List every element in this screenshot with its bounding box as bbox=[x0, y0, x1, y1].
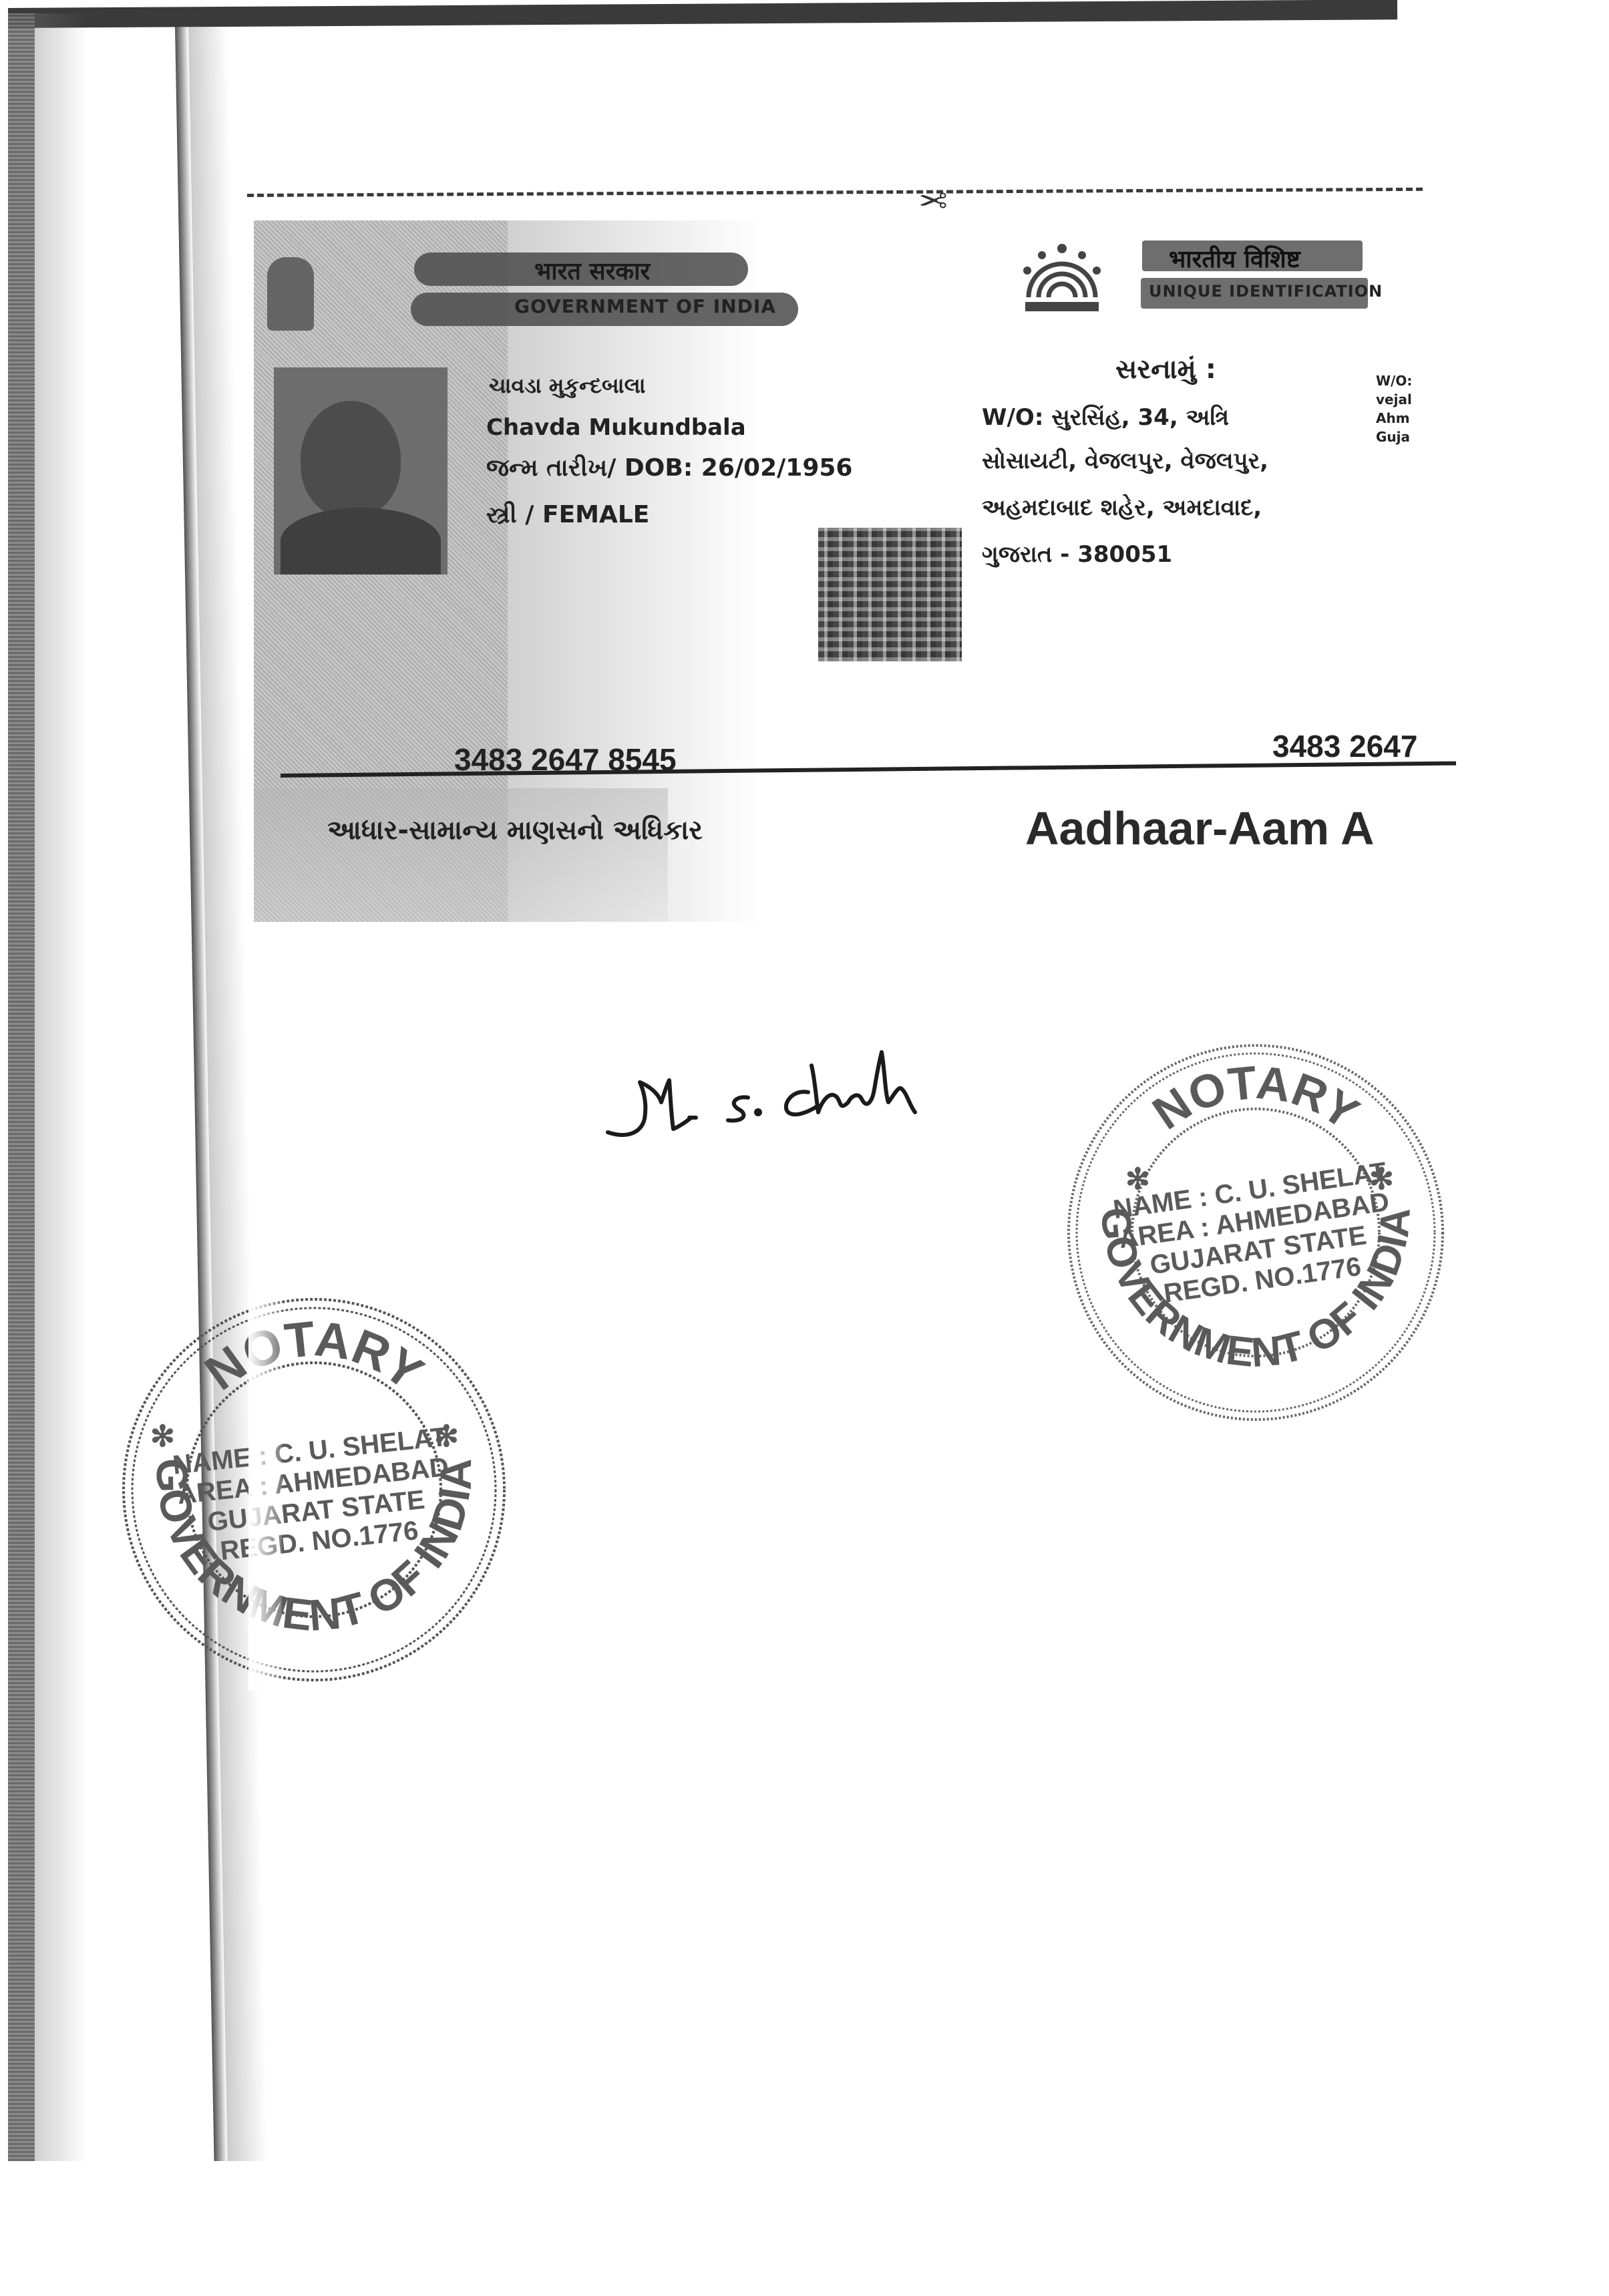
aadhaar-logo-icon bbox=[1015, 240, 1109, 314]
notary-seal-icon: NOTARY GOVERNMENT OF INDIA ✻ ✻ NAME : C.… bbox=[1062, 1039, 1449, 1426]
svg-text:✻: ✻ bbox=[150, 1420, 175, 1453]
address-english-line-1: W/O: bbox=[1376, 373, 1412, 389]
holder-dob: જન્મ તારીખ/ DOB: 26/02/1956 bbox=[486, 454, 852, 482]
tagline-gujarati: આધાર-સામાન્ય માણસનો અધિકાર bbox=[327, 815, 703, 846]
holder-gender: સ્ત્રી / FEMALE bbox=[486, 501, 649, 529]
address-line-2: સોસાયટી, વેજલપુર, વેજલપુર, bbox=[982, 448, 1268, 474]
svg-text:NOTARY: NOTARY bbox=[1143, 1056, 1368, 1140]
address-english-line-2: vejal bbox=[1376, 391, 1412, 407]
qr-code-icon bbox=[818, 528, 962, 661]
photo-head-shape bbox=[301, 401, 401, 518]
notary-seal-icon: NOTARY GOVERNMENT OF INDIA ✻ ✻ NAME : C.… bbox=[117, 1293, 511, 1687]
national-emblem-icon bbox=[267, 257, 314, 331]
scan-left-edge bbox=[8, 13, 35, 2161]
notary-stamp-left: NOTARY GOVERNMENT OF INDIA ✻ ✻ NAME : C.… bbox=[117, 1293, 511, 1687]
fold-gap-over-stamp bbox=[248, 1289, 282, 1690]
scissors-icon: ✂ bbox=[918, 179, 948, 219]
tagline-english: Aadhaar-Aam A bbox=[1025, 802, 1375, 855]
address-english-line-4: Guja bbox=[1376, 429, 1410, 445]
address-line-4: ગુજરાત - 380051 bbox=[982, 541, 1172, 568]
svg-text:NOTARY: NOTARY bbox=[195, 1311, 433, 1401]
cut-here-line bbox=[247, 188, 1423, 197]
notary-stamp-right: NOTARY GOVERNMENT OF INDIA ✻ ✻ NAME : C.… bbox=[1062, 1039, 1449, 1426]
scan-left-shadow bbox=[35, 13, 88, 2161]
dob-value: 26/02/1956 bbox=[701, 454, 853, 482]
gov-title-hindi: भारत सरकार bbox=[534, 254, 650, 287]
card-bottom-shading bbox=[254, 788, 668, 922]
address-line-1: W/O: સુરસિંહ, 34, અત્રિ bbox=[982, 404, 1229, 431]
address-english-line-3: Ahm bbox=[1376, 410, 1410, 426]
gov-title-english: GOVERNMENT OF INDIA bbox=[514, 295, 776, 317]
holder-photo bbox=[274, 367, 448, 575]
aadhaar-card-copy: भारत सरकार GOVERNMENT OF INDIA ચાવડા મુક… bbox=[254, 220, 1456, 922]
photo-body-shape bbox=[281, 508, 441, 575]
dob-label: જન્મ તારીખ/ DOB: bbox=[486, 454, 693, 482]
scan-top-edge bbox=[8, 0, 1397, 28]
address-label: સરનામું : bbox=[1115, 354, 1216, 385]
address-line-3: અહમદાબાદ શહેર, અમદાવાદ, bbox=[982, 494, 1262, 521]
holder-name-gujarati: ચાવડા મુકુન્દબાલા bbox=[489, 373, 646, 399]
holder-name-english: Chavda Mukundbala bbox=[486, 414, 746, 441]
authority-title-english: UNIQUE IDENTIFICATION bbox=[1149, 282, 1383, 301]
aadhaar-number-back: 3483 2647 bbox=[1272, 728, 1417, 764]
authority-title-hindi: भारतीय विशिष्ट bbox=[1169, 242, 1300, 275]
